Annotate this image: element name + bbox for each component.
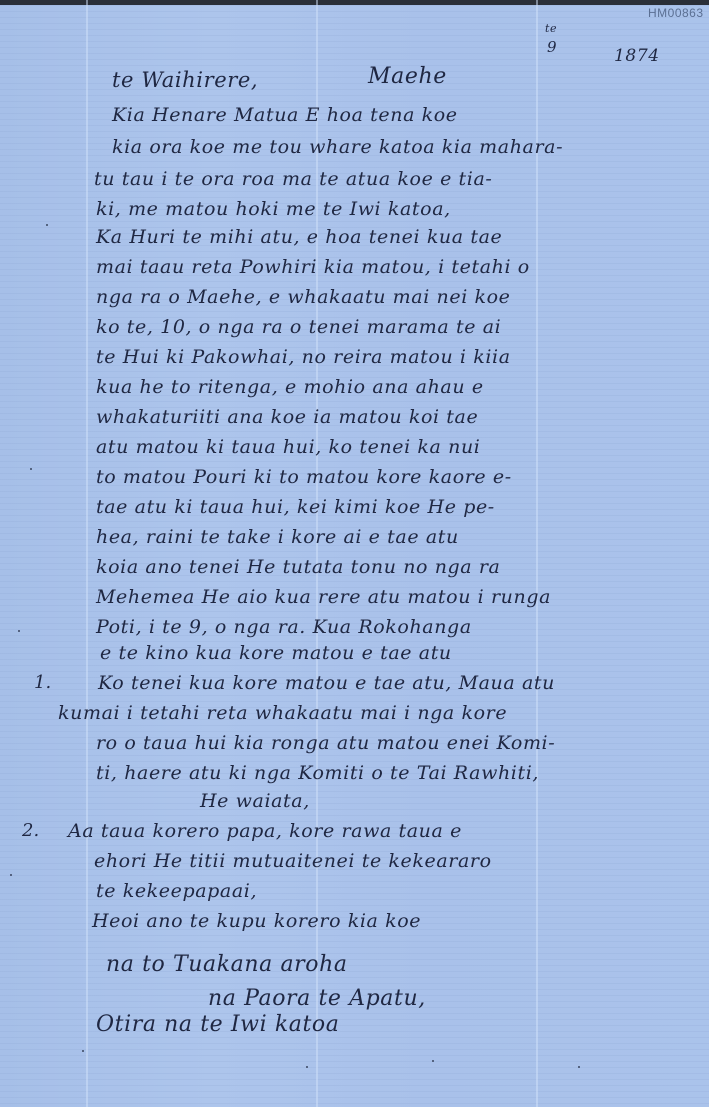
body-line: Kia Henare Matua E hoa tena koe <box>112 104 458 126</box>
item-subheading: He waiata, <box>200 790 310 812</box>
archive-id-stamp: HM00863 <box>648 6 704 20</box>
closing-line: Heoi ano te kupu korero kia koe <box>92 910 421 932</box>
letter-month: Maehe <box>368 64 447 89</box>
paper-speck <box>30 468 32 470</box>
signature-line: Otira na te Iwi katoa <box>96 1012 339 1037</box>
body-line: koia ano tenei He tutata tonu no nga ra <box>96 556 501 578</box>
letter-day: 9 <box>547 38 557 56</box>
body-line: nga ra o Maehe, e whakaatu mai nei koe <box>96 286 511 308</box>
paper-speck <box>432 1060 434 1062</box>
item-line: te kekeepapaai, <box>96 880 257 902</box>
body-line: hea, raini te take i kore ai e tae atu <box>96 526 459 548</box>
body-line: kia ora koe me tou whare katoa kia mahar… <box>112 136 563 158</box>
paper-fold-line <box>536 0 538 1107</box>
paper-speck <box>10 874 12 876</box>
paper-speck <box>46 224 48 226</box>
body-line: Poti, i te 9, o nga ra. Kua Rokohanga <box>96 616 472 638</box>
body-line: tae atu ki taua hui, kei kimi koe He pe- <box>96 496 495 518</box>
item-line: kumai i tetahi reta whakaatu mai i nga k… <box>58 702 507 724</box>
body-line: to matou Pouri ki to matou kore kaore e- <box>96 466 512 488</box>
item-number: 1. <box>34 672 51 693</box>
paper-speck <box>18 630 20 632</box>
paper-speck <box>578 1066 580 1068</box>
item-line: Aa taua korero papa, kore rawa taua e <box>68 820 462 842</box>
body-line: atu matou ki taua hui, ko tenei ka nui <box>96 436 480 458</box>
body-line: Ka Huri te mihi atu, e hoa tenei kua tae <box>96 226 502 248</box>
body-line: whakaturiiti ana koe ia matou koi tae <box>96 406 478 428</box>
signature-line: na to Tuakana aroha <box>106 952 348 977</box>
body-line: ko te, 10, o nga ra o tenei marama te ai <box>96 316 501 338</box>
body-line: te Hui ki Pakowhai, no reira matou i kii… <box>96 346 511 368</box>
scan-top-edge <box>0 0 709 5</box>
letter-year: 1874 <box>614 46 660 66</box>
item-line: ehori He titii mutuaitenei te kekeararo <box>94 850 492 872</box>
paper-speck <box>306 1066 308 1068</box>
item-number: 2. <box>22 820 39 841</box>
item-line: Ko tenei kua kore matou e tae atu, Maua … <box>98 672 555 694</box>
paper-fold-line <box>316 0 318 1107</box>
item-line: ro o taua hui kia ronga atu matou enei K… <box>96 732 555 754</box>
letter-place: te Waihirere, <box>112 68 258 92</box>
body-line: mai taau reta Powhiri kia matou, i tetah… <box>96 256 530 278</box>
signature-name: na Paora te Apatu, <box>208 986 426 1011</box>
body-line: tu tau i te ora roa ma te atua koe e tia… <box>94 168 492 190</box>
paper-speck <box>82 1050 84 1052</box>
letter-day-superscript: te <box>545 22 557 35</box>
body-line: Mehemea He aio kua rere atu matou i rung… <box>96 586 551 608</box>
body-line: kua he to ritenga, e mohio ana ahau e <box>96 376 484 398</box>
paper-fold-line <box>86 0 88 1107</box>
body-line: ki, me matou hoki me te Iwi katoa, <box>96 198 451 220</box>
item-line: ti, haere atu ki nga Komiti o te Tai Raw… <box>96 762 539 784</box>
letter-page: HM00863 te Waihirere, Maehe te 9 1874 Ki… <box>0 0 709 1107</box>
body-line: e te kino kua kore matou e tae atu <box>100 642 452 664</box>
